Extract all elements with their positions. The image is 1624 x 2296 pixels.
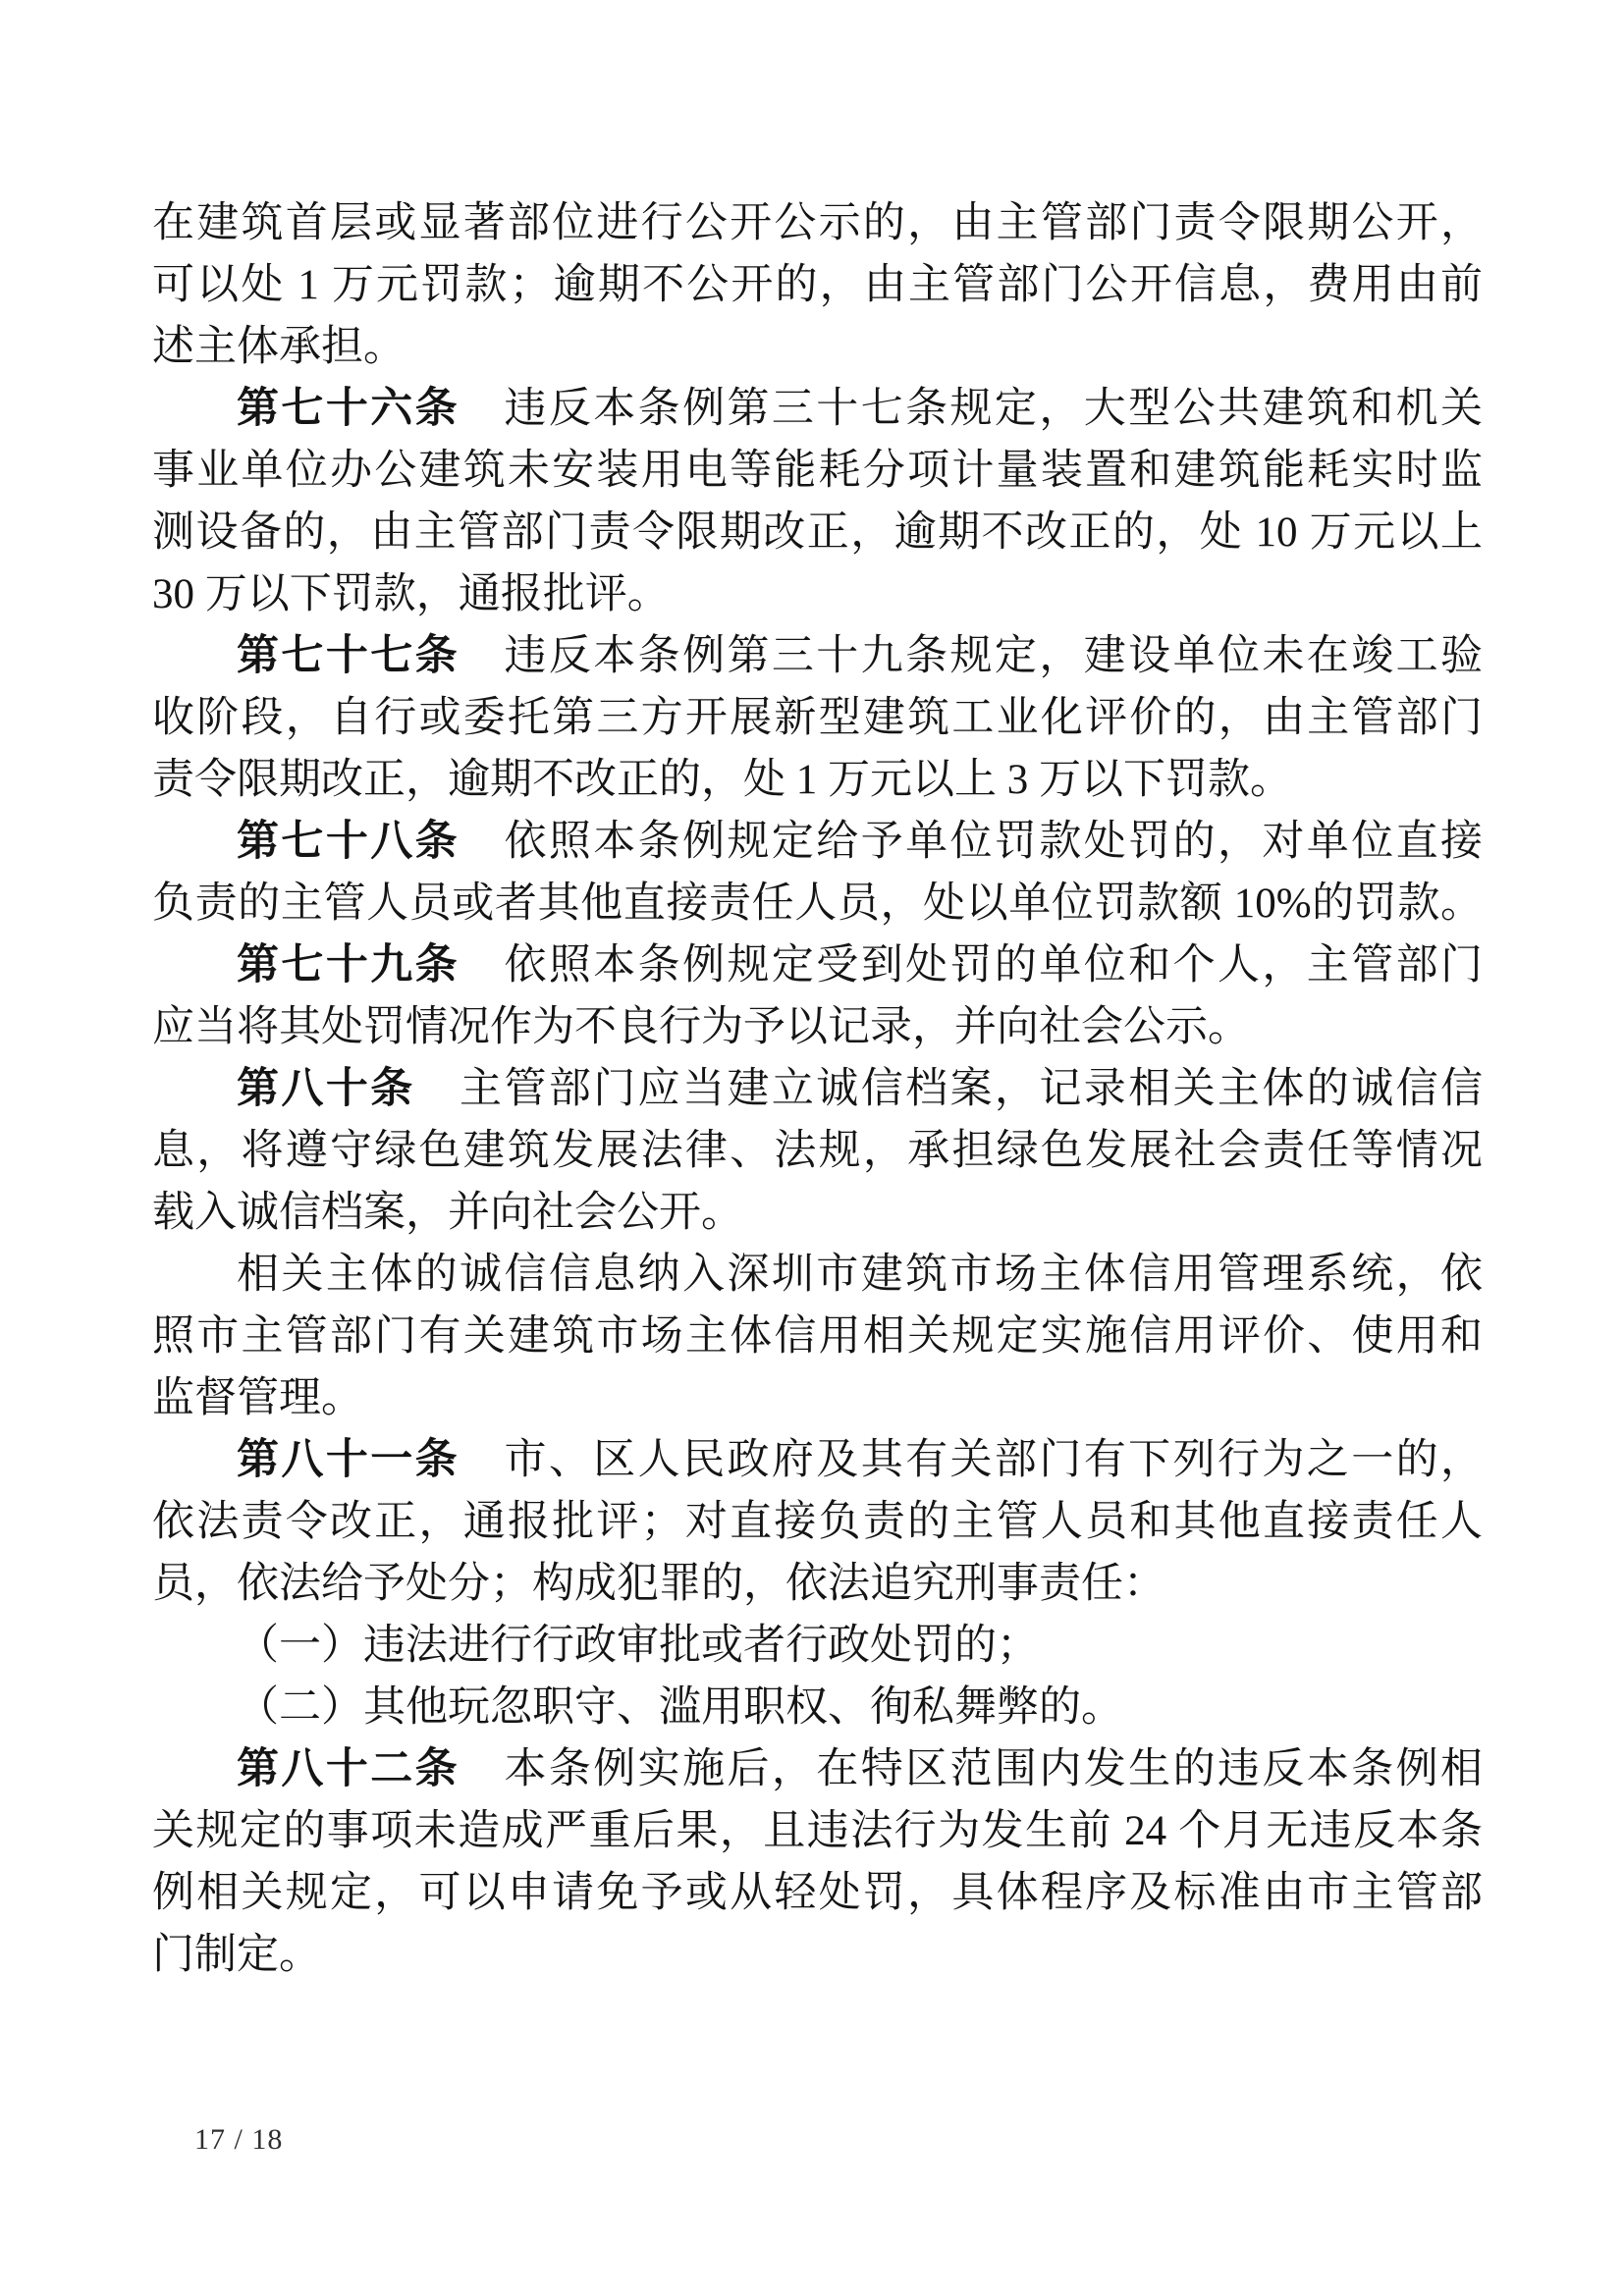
text-run: 主管部门应当建立诚信档案，记录相关主体的诚信信 [415,1066,1483,1112]
text-line: 事业单位办公建筑未安装用电等能耗分项计量装置和建筑能耗实时监 [152,440,1483,502]
text-line: 可以处 1 万元罚款；逾期不公开的，由主管部门公开信息，费用由前 [152,254,1483,316]
text-line: 员，依法给予处分；构成犯罪的，依法追究刑事责任： [152,1553,1483,1615]
text-line: 第七十九条 依照本条例规定受到处罚的单位和个人，主管部门 [152,934,1483,996]
text-run: 测设备的，由主管部门责令限期改正，逾期不改正的，处 10 万元以上 [152,509,1483,556]
article-number: 第八十二条 [237,1745,460,1792]
text-line: 责令限期改正，逾期不改正的，处 1 万元以上 3 万以下罚款。 [152,749,1483,811]
article-number: 第七十六条 [237,385,460,432]
text-line: （二）其他玩忽职守、滥用职权、徇私舞弊的。 [152,1677,1483,1738]
text-run: 例相关规定，可以申请免予或从轻处罚，具体程序及标准由市主管部 [152,1870,1483,1916]
text-run: 载入诚信档案，并向社会公开。 [152,1190,743,1236]
text-line: 息，将遵守绿色建筑发展法律、法规，承担绿色发展社会责任等情况 [152,1120,1483,1182]
text-run: 收阶段，自行或委托第三方开展新型建筑工业化评价的，由主管部门 [152,695,1483,741]
text-run: 依法责令改正，通报批评；对直接负责的主管人员和其他直接责任人 [152,1499,1483,1545]
text-run: 30 万以下罚款，通报批评。 [152,571,670,617]
text-run: 依照本条例规定受到处罚的单位和个人，主管部门 [460,942,1483,988]
text-line: 测设备的，由主管部门责令限期改正，逾期不改正的，处 10 万元以上 [152,502,1483,563]
text-line: 照市主管部门有关建筑市场主体信用相关规定实施信用评价、使用和 [152,1306,1483,1367]
text-run: （一）违法进行行政审批或者行政处罚的； [237,1623,1039,1669]
text-line: 第七十八条 依照本条例规定给予单位罚款处罚的，对单位直接 [152,811,1483,873]
text-line: 第七十七条 违反本条例第三十九条规定，建设单位未在竣工验 [152,625,1483,687]
article-number: 第七十九条 [237,941,460,988]
text-run: 关规定的事项未造成严重后果，且违法行为发生前 24 个月无违反本条 [152,1808,1483,1854]
text-run: 事业单位办公建筑未安装用电等能耗分项计量装置和建筑能耗实时监 [152,448,1483,494]
text-line: 第八十条 主管部门应当建立诚信档案，记录相关主体的诚信信 [152,1058,1483,1120]
text-run: 门制定。 [152,1932,321,1978]
text-run: 应当将其处罚情况作为不良行为予以记录，并向社会公示。 [152,1004,1250,1050]
page-number: 17 / 18 [194,2122,283,2158]
text-line: 依法责令改正，通报批评；对直接负责的主管人员和其他直接责任人 [152,1491,1483,1553]
text-run: 监督管理。 [152,1375,363,1421]
text-line: 例相关规定，可以申请免予或从轻处罚，具体程序及标准由市主管部 [152,1862,1483,1924]
article-number: 第八十一条 [237,1436,460,1483]
text-line: 第八十二条 本条例实施后，在特区范围内发生的违反本条例相 [152,1738,1483,1800]
text-line: 述主体承担。 [152,316,1483,378]
text-line: 收阶段，自行或委托第三方开展新型建筑工业化评价的，由主管部门 [152,687,1483,749]
text-run: 违反本条例第三十九条规定，建设单位未在竣工验 [460,633,1483,679]
text-line: 30 万以下罚款，通报批评。 [152,563,1483,625]
text-line: 相关主体的诚信信息纳入深圳市建筑市场主体信用管理系统，依 [152,1244,1483,1306]
text-run: 违反本条例第三十七条规定，大型公共建筑和机关 [460,386,1483,432]
text-run: 在建筑首层或显著部位进行公开公示的，由主管部门责令限期公开， [152,200,1483,246]
text-line: 关规定的事项未造成严重后果，且违法行为发生前 24 个月无违反本条 [152,1800,1483,1862]
text-run: 可以处 1 万元罚款；逾期不公开的，由主管部门公开信息，费用由前 [152,262,1483,308]
text-line: 门制定。 [152,1924,1483,1986]
text-line: 载入诚信档案，并向社会公开。 [152,1182,1483,1244]
text-line: 应当将其处罚情况作为不良行为予以记录，并向社会公示。 [152,996,1483,1058]
text-run: 依照本条例规定给予单位罚款处罚的，对单位直接 [460,819,1483,865]
text-line: （一）违法进行行政审批或者行政处罚的； [152,1615,1483,1677]
text-line: 负责的主管人员或者其他直接责任人员，处以单位罚款额 10%的罚款。 [152,873,1483,934]
text-run: 述主体承担。 [152,324,406,370]
text-line: 在建筑首层或显著部位进行公开公示的，由主管部门责令限期公开， [152,192,1483,254]
text-line: 第八十一条 市、区人民政府及其有关部门有下列行为之一的， [152,1429,1483,1491]
text-line: 监督管理。 [152,1367,1483,1429]
document-page: 在建筑首层或显著部位进行公开公示的，由主管部门责令限期公开，可以处 1 万元罚款… [0,0,1624,2296]
text-line: 第七十六条 违反本条例第三十七条规定，大型公共建筑和机关 [152,378,1483,440]
text-run: 负责的主管人员或者其他直接责任人员，处以单位罚款额 10%的罚款。 [152,881,1483,927]
text-run: 息，将遵守绿色建筑发展法律、法规，承担绿色发展社会责任等情况 [152,1128,1483,1174]
text-run: 责令限期改正，逾期不改正的，处 1 万元以上 3 万以下罚款。 [152,757,1292,803]
text-run: 市、区人民政府及其有关部门有下列行为之一的， [460,1437,1483,1483]
text-run: 本条例实施后，在特区范围内发生的违反本条例相 [460,1746,1483,1792]
document-body: 在建筑首层或显著部位进行公开公示的，由主管部门责令限期公开，可以处 1 万元罚款… [152,192,1483,1986]
text-run: 员，依法给予处分；构成犯罪的，依法追究刑事责任： [152,1561,1165,1607]
article-number: 第七十八条 [237,818,460,865]
article-number: 第七十七条 [237,632,460,679]
article-number: 第八十条 [237,1065,415,1112]
text-run: （二）其他玩忽职守、滥用职权、徇私舞弊的。 [237,1684,1123,1731]
text-run: 照市主管部门有关建筑市场主体信用相关规定实施信用评价、使用和 [152,1313,1483,1360]
text-run: 相关主体的诚信信息纳入深圳市建筑市场主体信用管理系统，依 [237,1252,1483,1298]
